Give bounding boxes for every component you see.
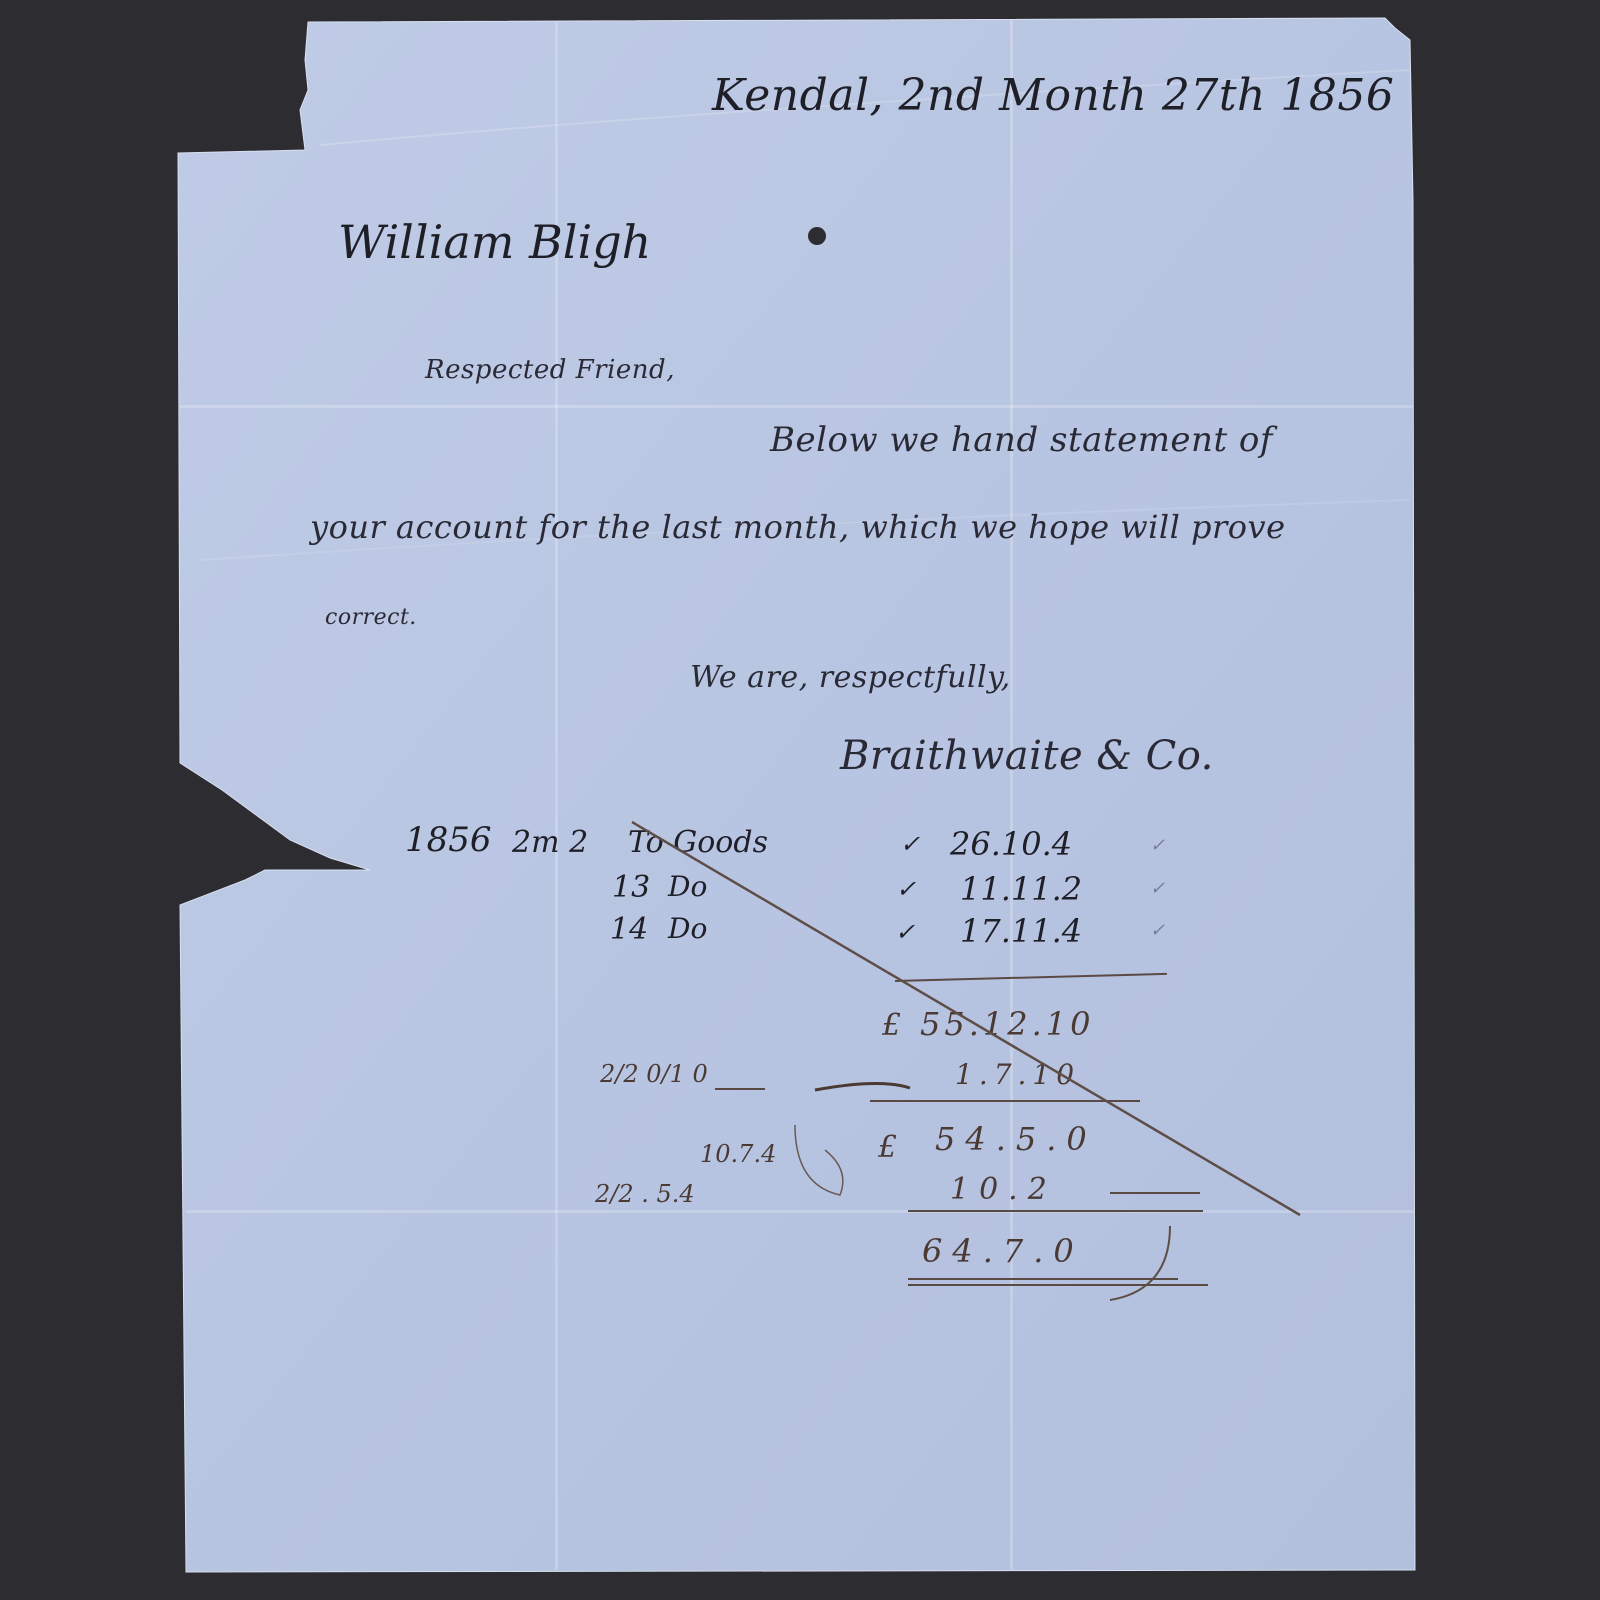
- ledger-item: Do: [668, 912, 707, 945]
- letter-paper: Kendal, 2nd Month 27th 1856 William Blig…: [0, 0, 1600, 1600]
- check-mark: ✓: [896, 875, 916, 903]
- salutation: Respected Friend,: [425, 355, 675, 385]
- tick-mark: ✓: [1150, 878, 1165, 899]
- valediction: We are, respectfully,: [690, 660, 1011, 695]
- body-line-1: Below we hand statement of: [770, 420, 1273, 460]
- side-calc-line-1: 2/2 0/1 0: [600, 1060, 708, 1088]
- ledger-date: 14: [610, 912, 648, 947]
- addition-amount: 10.2: [950, 1172, 1057, 1207]
- net-amount: 54.5.0: [935, 1120, 1097, 1158]
- signature: Braithwaite & Co.: [840, 733, 1214, 779]
- fold-line: [1010, 20, 1013, 1570]
- total-amount: 64.7.0: [922, 1232, 1084, 1270]
- side-rule: [715, 1088, 765, 1090]
- subtotal-amount: 55.12.10: [920, 1005, 1095, 1043]
- total-double-rule: [908, 1284, 1208, 1286]
- fold-line: [180, 405, 1413, 408]
- ledger-item: To Goods: [628, 825, 768, 860]
- side-calc-line-2: 10.7.4: [700, 1140, 776, 1168]
- ledger-amount: 11.11.2: [960, 870, 1082, 908]
- place-date: Kendal, 2nd Month 27th 1856: [712, 70, 1394, 121]
- tick-mark: ✓: [1150, 835, 1165, 856]
- ledger-date: 13: [612, 870, 650, 905]
- check-mark: ✓: [895, 918, 915, 946]
- body-line-2: your account for the last month, which w…: [310, 508, 1286, 546]
- body-line-3: correct.: [325, 605, 417, 630]
- sum-rule: [870, 1100, 1140, 1102]
- currency-symbol: £: [882, 1008, 901, 1043]
- side-calc-line-3: 2/2 . 5.4: [595, 1180, 695, 1208]
- ledger-date: 2m 2: [512, 825, 588, 860]
- ledger-amount: 17.11.4: [960, 912, 1082, 950]
- deduction-amount: 1.7.10: [955, 1058, 1080, 1091]
- sum-rule: [908, 1210, 1203, 1212]
- ledger-year: 1856: [405, 820, 492, 860]
- addressee-name: William Bligh: [338, 215, 651, 269]
- fold-line: [186, 1210, 1414, 1213]
- sum-rule: [1110, 1192, 1200, 1194]
- paper-sheet: [0, 0, 1600, 1600]
- tick-mark: ✓: [1150, 920, 1165, 941]
- ledger-amount: 26.10.4: [950, 825, 1072, 863]
- currency-symbol: £: [878, 1130, 897, 1165]
- check-mark: ✓: [900, 830, 920, 858]
- total-double-rule: [908, 1278, 1178, 1280]
- ledger-item: Do: [668, 870, 707, 903]
